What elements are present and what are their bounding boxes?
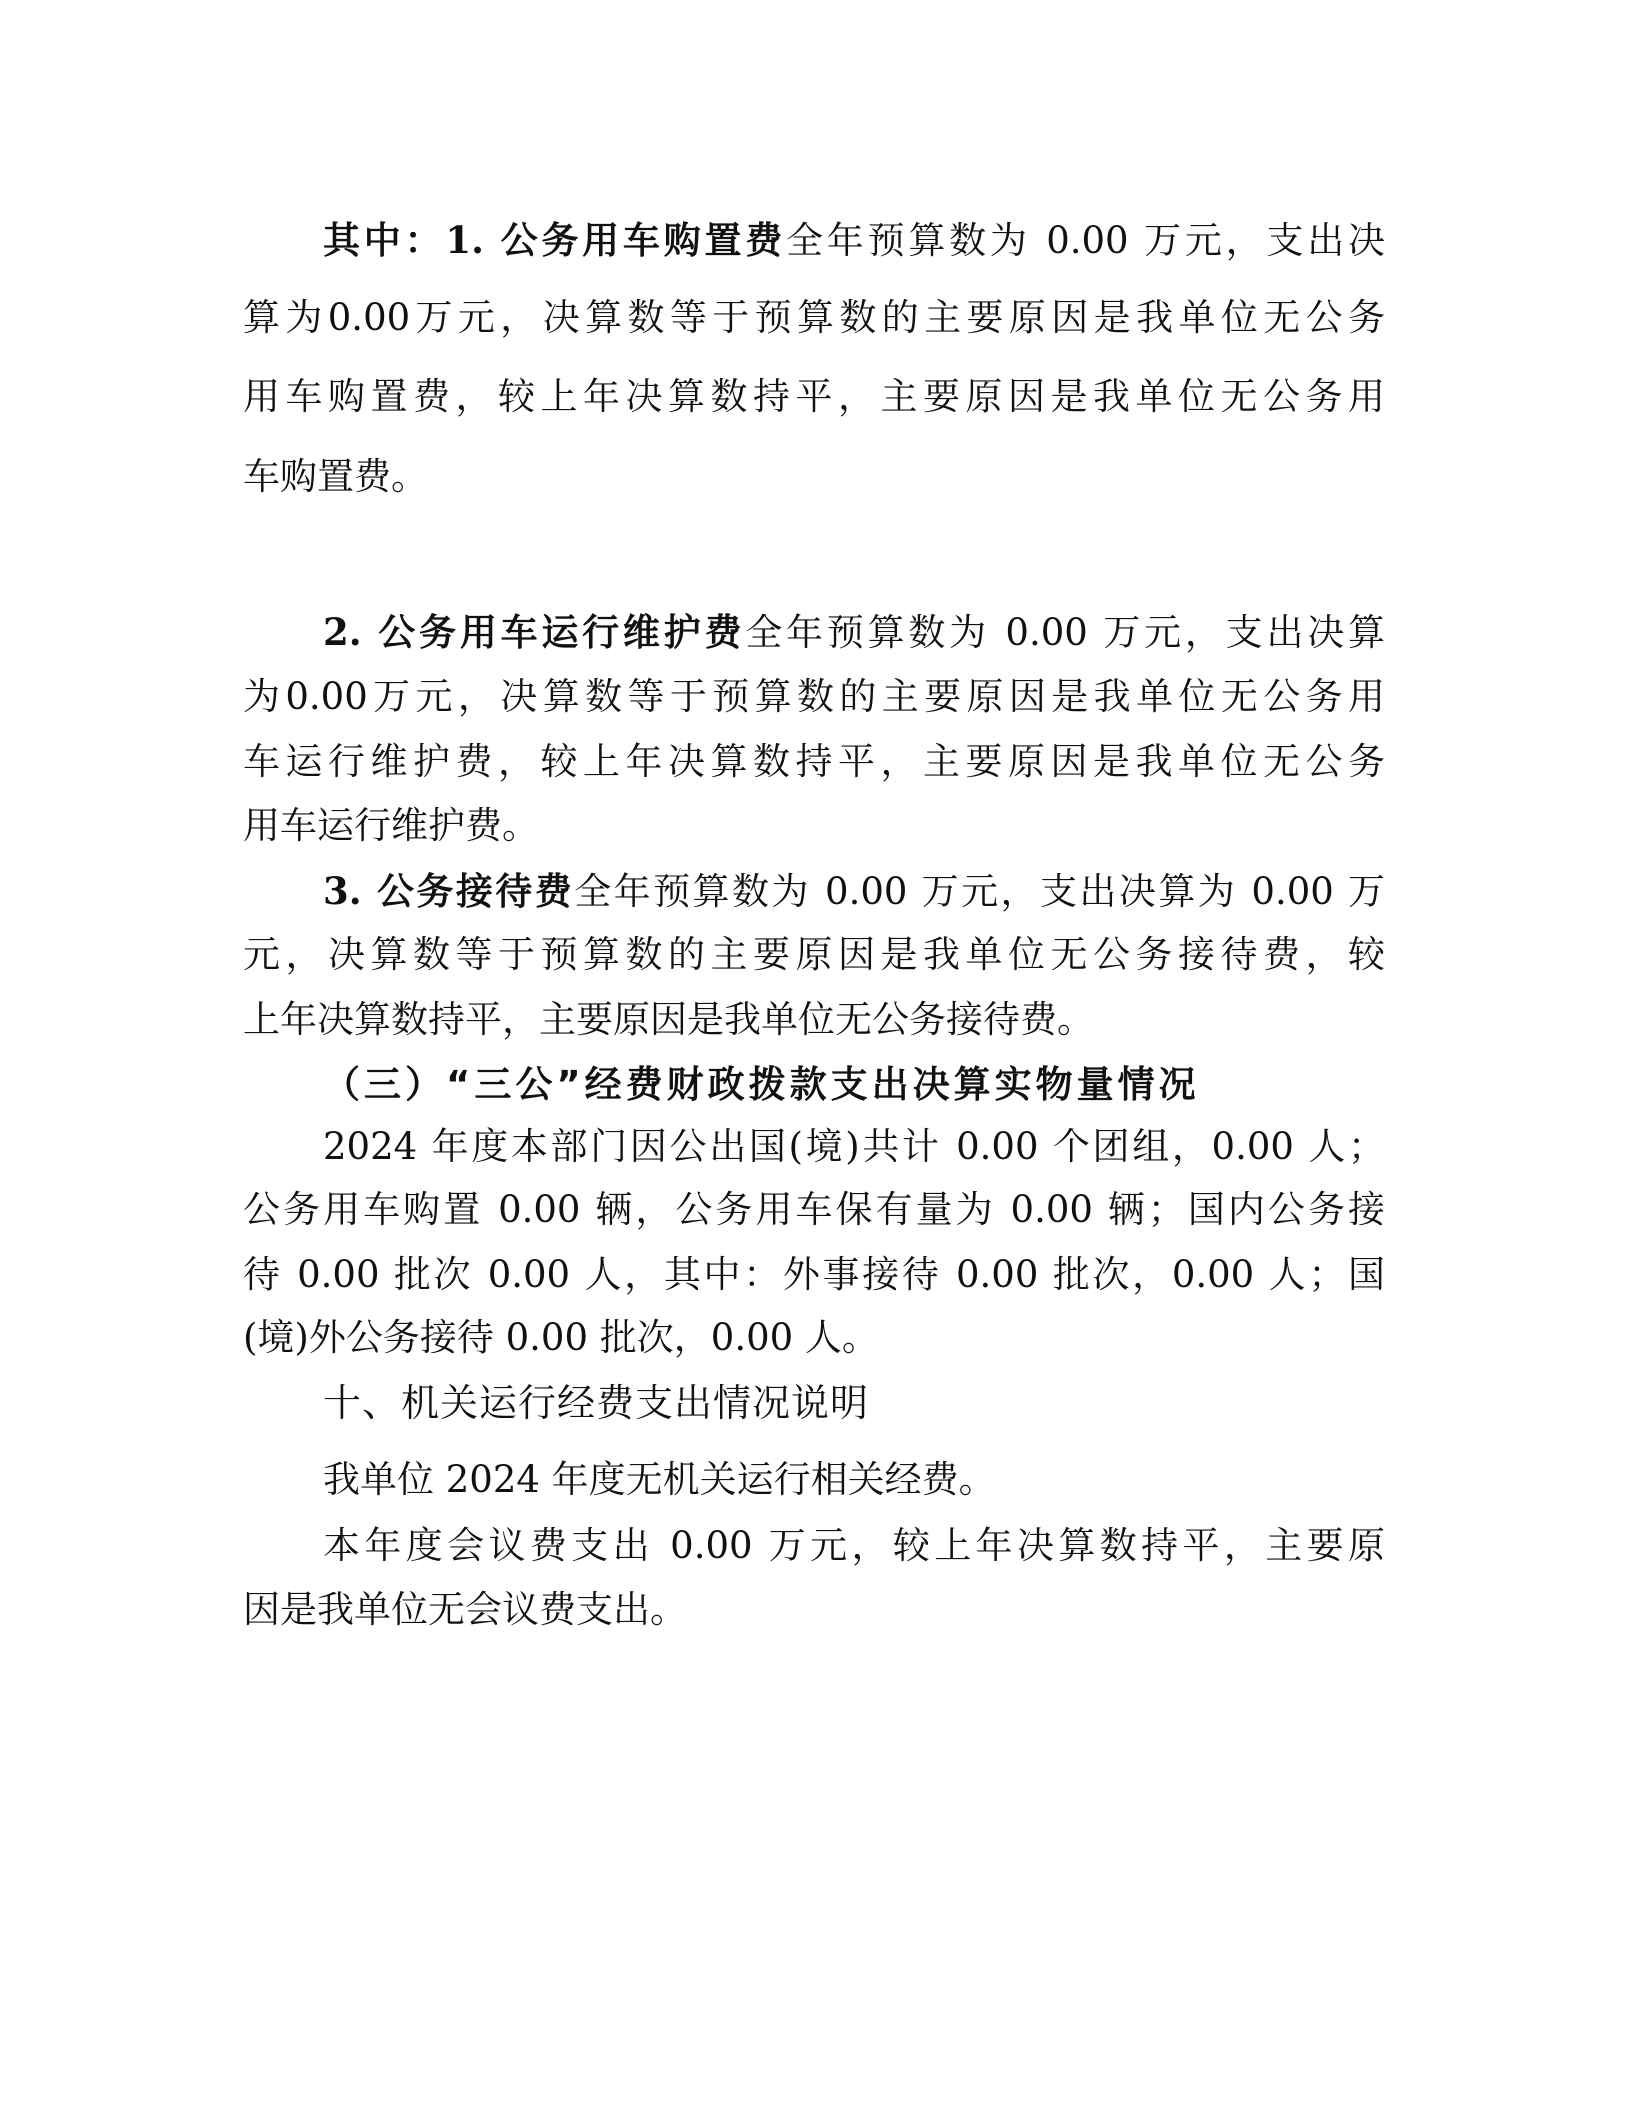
- paragraph-1-line-3: 用车购置费，较上年决算数持平，主要原因是我单位无公务用: [243, 373, 1385, 421]
- paragraph-4-line-2: 公务用车购置 0.00 辆，公务用车保有量为 0.00 辆；国内公务接: [243, 1186, 1385, 1234]
- paragraph-1-line-2: 算为0.00万元，决算数等于预算数的主要原因是我单位无公务: [243, 294, 1385, 342]
- paragraph-1-item-title: 1. 公务用车购置费: [445, 218, 786, 262]
- paragraph-4-line-3: 待 0.00 批次 0.00 人，其中：外事接待 0.00 批次，0.00 人；…: [243, 1251, 1385, 1299]
- paragraph-5-line-1: 我单位 2024 年度无机关运行相关经费。: [323, 1456, 1385, 1504]
- paragraph-3-text: 全年预算数为 0.00 万元，支出决算为 0.00 万: [574, 870, 1385, 913]
- paragraph-6-line-2: 因是我单位无会议费支出。: [243, 1586, 1385, 1634]
- document-page: 其中：1. 公务用车购置费全年预算数为 0.00 万元，支出决 算为0.00万元…: [0, 0, 1632, 2112]
- paragraph-2-item-title: 2. 公务用车运行维护费: [323, 610, 745, 654]
- paragraph-6-line-1: 本年度会议费支出 0.00 万元，较上年决算数持平，主要原: [323, 1522, 1385, 1570]
- paragraph-2-line-3: 车运行维护费，较上年决算数持平，主要原因是我单位无公务: [243, 738, 1385, 786]
- paragraph-1-line-1: 其中：1. 公务用车购置费全年预算数为 0.00 万元，支出决: [323, 216, 1385, 264]
- section-heading-organ-operating-expenses: 十、机关运行经费支出情况说明: [323, 1378, 869, 1428]
- paragraph-2-text: 全年预算数为 0.00 万元，支出决算: [745, 611, 1385, 654]
- paragraph-3-item-title: 3. 公务接待费: [323, 869, 574, 913]
- paragraph-2-line-1: 2. 公务用车运行维护费全年预算数为 0.00 万元，支出决算: [323, 608, 1385, 656]
- paragraph-1-line-4: 车购置费。: [243, 453, 1385, 501]
- paragraph-3-line-1: 3. 公务接待费全年预算数为 0.00 万元，支出决算为 0.00 万: [323, 867, 1385, 915]
- paragraph-4-line-1: 2024 年度本部门因公出国(境)共计 0.00 个团组，0.00 人；: [323, 1123, 1385, 1171]
- paragraph-3-line-3: 上年决算数持平，主要原因是我单位无公务接待费。: [243, 996, 1385, 1044]
- paragraph-4-line-4: (境)外公务接待 0.00 批次，0.00 人。: [243, 1314, 1385, 1362]
- sub-heading-three-public-expenses: （三）“三公”经费财政拨款支出决算实物量情况: [323, 1060, 1200, 1110]
- paragraph-1-text: 全年预算数为 0.00 万元，支出决: [786, 219, 1385, 262]
- paragraph-3-line-2: 元，决算数等于预算数的主要原因是我单位无公务接待费，较: [243, 931, 1385, 979]
- paragraph-2-line-2: 为0.00万元，决算数等于预算数的主要原因是我单位无公务用: [243, 673, 1385, 721]
- paragraph-2-line-4: 用车运行维护费。: [243, 802, 1385, 850]
- paragraph-1-lead: 其中：: [323, 218, 445, 262]
